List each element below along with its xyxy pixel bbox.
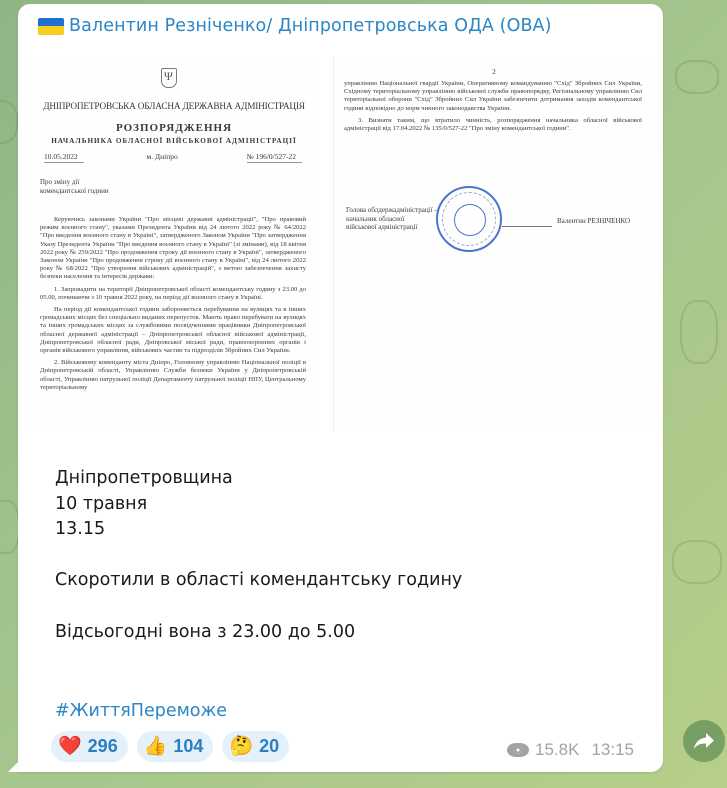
document-paragraph: управлінню Національної гвардії України,… (344, 80, 642, 113)
heart-icon: ❤️ (58, 737, 82, 756)
coat-of-arms-icon (161, 68, 177, 88)
page-number: 2 (334, 68, 653, 76)
message-line: Скоротили в області комендантську годину (55, 568, 462, 594)
message-bubble: Валентин Резніченко/ Дніпропетровська ОД… (18, 4, 663, 772)
signer-name: Валентин РЕЗНІЧЕНКО (557, 217, 630, 225)
background-pattern (0, 100, 18, 144)
signer-title-line: начальник обласної (346, 215, 438, 224)
background-pattern (680, 300, 718, 364)
forward-button[interactable] (683, 720, 725, 762)
forward-arrow-icon (693, 732, 715, 750)
message-meta: 15.8K 13:15 (507, 740, 634, 760)
document-paragraph: 1. Запровадити на території Дніпропетров… (40, 286, 306, 302)
document-paragraph: 3. Визнати таким, що втратило чинність, … (344, 117, 642, 133)
view-count: 15.8K (535, 740, 579, 760)
ukraine-flag-icon (38, 18, 64, 35)
reaction-heart[interactable]: ❤️ 296 (51, 731, 128, 762)
document-subtitle: НАЧАЛЬНИКА ОБЛАСНОЇ ВІЙСЬКОВОЇ АДМІНІСТР… (28, 137, 320, 145)
document-body: Керуючись законами України "Про місцеві … (40, 216, 306, 396)
thinking-face-icon: 🤔 (229, 737, 253, 756)
official-seal-icon (436, 186, 502, 252)
signer-title-line: Голова облдержадміністрації – (346, 206, 438, 215)
document-number: № 196/0/527-22 (247, 152, 302, 163)
reaction-thinking[interactable]: 🤔 20 (222, 731, 289, 762)
document-organization: ДНІПРОПЕТРОВСЬКА ОБЛАСНА ДЕРЖАВНА АДМІНІ… (28, 102, 320, 112)
document-page-1: ДНІПРОПЕТРОВСЬКА ОБЛАСНА ДЕРЖАВНА АДМІНІ… (28, 56, 320, 432)
subject-line: Про зміну дії (40, 178, 109, 187)
document-paragraph: На період дії комендантської години забо… (40, 306, 306, 355)
document-photo[interactable]: ДНІПРОПЕТРОВСЬКА ОБЛАСНА ДЕРЖАВНА АДМІНІ… (28, 52, 653, 432)
message-text: Дніпропетровщина 10 травня 13.15 Скороти… (55, 466, 462, 645)
message-line: 13.15 (55, 517, 462, 543)
hashtag-link[interactable]: #ЖиттяПереможе (55, 701, 227, 721)
document-city: м. Дніпро (147, 152, 184, 163)
message-time: 13:15 (591, 740, 634, 760)
document-subject: Про зміну дії комендантської години (40, 178, 109, 196)
channel-name-text: Валентин Резніченко/ Дніпропетровська ОД… (69, 16, 552, 36)
document-body: управлінню Національної гвардії України,… (344, 80, 642, 137)
reaction-thumbs-up[interactable]: 👍 104 (137, 731, 214, 762)
background-pattern (672, 540, 722, 584)
channel-name[interactable]: Валентин Резніченко/ Дніпропетровська ОД… (38, 16, 552, 36)
background-pattern (675, 60, 719, 94)
reactions-bar: ❤️ 296 👍 104 🤔 20 (51, 731, 289, 762)
message-line: 10 травня (55, 492, 462, 518)
eye-icon (507, 743, 529, 757)
signer-title: Голова облдержадміністрації – начальник … (346, 206, 438, 232)
document-type: РОЗПОРЯДЖЕННЯ (28, 122, 320, 134)
document-meta-row: 10.05.2022 м. Дніпро № 196/0/527-22 (44, 152, 302, 163)
document-paragraph: Керуючись законами України "Про місцеві … (40, 216, 306, 282)
subject-line: комендантської години (40, 187, 109, 196)
message-line: Дніпропетровщина (55, 466, 462, 492)
reaction-count: 296 (88, 736, 118, 757)
reaction-count: 104 (173, 736, 203, 757)
background-pattern (0, 500, 20, 554)
document-date: 10.05.2022 (44, 152, 84, 163)
signer-title-line: військової адміністрації (346, 223, 438, 232)
reaction-count: 20 (259, 736, 279, 757)
document-page-2: 2 управлінню Національної гвардії Україн… (333, 56, 653, 432)
document-paragraph: 2. Військовому коменданту міста Дніпро, … (40, 359, 306, 392)
thumbs-up-icon: 👍 (144, 737, 168, 756)
message-line: Відсьогодні вона з 23.00 до 5.00 (55, 620, 462, 646)
signature (502, 226, 552, 227)
